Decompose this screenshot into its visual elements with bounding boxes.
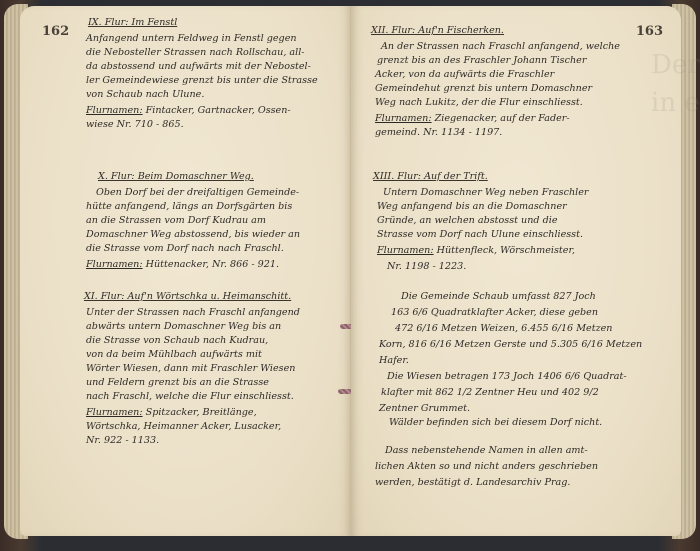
- text-line: Wörtschka, Heimanner Acker, Lusacker,: [86, 420, 281, 434]
- text-line: die Strasse von Schaub nach Kudrau,: [86, 334, 268, 348]
- text-line: an die Strassen vom Dorf Kudrau am: [86, 214, 266, 228]
- text-line: Dass nebenstehende Namen in allen amt-: [385, 444, 588, 458]
- text-line: Die Gemeinde Schaub umfasst 827 Joch: [401, 290, 596, 304]
- flurnamen-value: Hüttenfleck, Wörschmeister,: [437, 245, 575, 256]
- text-line: von da beim Mühlbach aufwärts mit: [86, 348, 262, 362]
- section-heading: IX. Flur: Im Fenstl: [88, 16, 177, 30]
- text-line: lichen Akten so und nicht anders geschri…: [375, 460, 598, 474]
- flurnamen-value: Hüttenacker, Nr. 866 - 921.: [146, 259, 279, 270]
- text-line: Weg nach Lukitz, der die Flur einschlies…: [375, 96, 583, 110]
- text-line: gemeind. Nr. 1134 - 1197.: [375, 126, 502, 140]
- text-line: klafter mit 862 1/2 Zentner Heu und 402 …: [381, 386, 599, 400]
- text-line: Domaschner Weg abstossend, bis wieder an: [86, 228, 300, 242]
- text-line: da abstossend und aufwärts mit der Nebos…: [86, 60, 311, 74]
- text-line: die Nebosteller Strassen nach Rollschau,…: [86, 46, 305, 60]
- text-line: nach Fraschl, welche die Flur einschlies…: [86, 390, 294, 404]
- text-line: Weg anfangend bis an die Domaschner: [377, 200, 567, 214]
- text-line: Anfangend untern Feldweg in Fenstl gegen: [86, 32, 297, 46]
- left-page: 162 IX. Flur: Im Fenstl Anfangend untern…: [20, 6, 351, 536]
- flurnamen-label: Flurnamen:: [375, 113, 432, 124]
- text-line: hütte anfangend, längs an Dorfsgärten bi…: [86, 200, 292, 214]
- text-line: Gemeindehut grenzt bis untern Domaschner: [375, 82, 592, 96]
- text-line: Wälder befinden sich bei diesem Dorf nic…: [389, 416, 602, 430]
- section-heading: XII. Flur: Auf'n Fischerken.: [371, 24, 504, 38]
- text-line: Korn, 816 6/16 Metzen Gerste und 5.305 6…: [379, 338, 642, 352]
- flurnamen-label: Flurnamen:: [86, 407, 143, 418]
- text-line: 163 6/6 Quadratklafter Acker, diese gebe…: [391, 306, 598, 320]
- text-line: werden, bestätigt d. Landesarchiv Prag.: [375, 476, 570, 490]
- text-line: Oben Dorf bei der dreifaltigen Gemeinde-: [96, 186, 299, 200]
- section-heading: XI. Flur: Auf'n Wörtschka u. Heimanschit…: [84, 290, 291, 304]
- text-line: Unter der Strassen nach Fraschl anfangen…: [86, 306, 300, 320]
- page-number: 163: [636, 24, 663, 39]
- text-line: ler Gemeindewiese grenzt bis unter die S…: [86, 74, 318, 88]
- text-line: grenzt bis an des Fraschler Johann Tisch…: [377, 54, 586, 68]
- text-line: Hafer.: [379, 354, 409, 368]
- text-line: Zentner Grummet.: [379, 402, 470, 416]
- text-line: von Schaub nach Ulune.: [86, 88, 204, 102]
- right-page: Der L in e 163 XII. Flur: Auf'n Fischerk…: [351, 6, 681, 536]
- text-line: Strasse vom Dorf nach Ulune einschliesst…: [377, 228, 583, 242]
- flurnamen-label: Flurnamen:: [86, 259, 143, 270]
- text-line: An der Strassen nach Fraschl anfangend, …: [381, 40, 620, 54]
- section-heading: XIII. Flur: Auf der Trift.: [373, 170, 488, 184]
- text-line: abwärts untern Domaschner Weg bis an: [86, 320, 281, 334]
- page-number: 162: [42, 24, 69, 39]
- text-line: 472 6/16 Metzen Weizen, 6.455 6/16 Metze…: [395, 322, 612, 336]
- text-line: Untern Domaschner Weg neben Fraschler: [383, 186, 588, 200]
- section-heading: X. Flur: Beim Domaschner Weg.: [98, 170, 254, 184]
- text-line: Die Wiesen betragen 173 Joch 1406 6/6 Qu…: [387, 370, 627, 384]
- text-line: Wörter Wiesen, dann mit Fraschler Wiesen: [86, 362, 295, 376]
- flurnamen-label: Flurnamen:: [377, 245, 434, 256]
- flurnamen-value: Fintacker, Gartnacker, Ossen-: [146, 105, 291, 116]
- flurnamen-value: Ziegenacker, auf der Fader-: [435, 113, 570, 124]
- text-line: wiese Nr. 710 - 865.: [86, 118, 184, 132]
- text-line: und Feldern grenzt bis an die Strasse: [86, 376, 269, 390]
- flurnamen-value: Spitzacker, Breitlänge,: [146, 407, 257, 418]
- text-line: Acker, von da aufwärts die Fraschler: [375, 68, 554, 82]
- text-line: Nr. 922 - 1133.: [86, 434, 159, 448]
- flurnamen-label: Flurnamen:: [86, 105, 143, 116]
- text-line: Nr. 1198 - 1223.: [387, 260, 466, 274]
- text-line: die Strasse vom Dorf nach nach Fraschl.: [86, 242, 284, 256]
- text-line: Gründe, an welchen abstosst und die: [377, 214, 558, 228]
